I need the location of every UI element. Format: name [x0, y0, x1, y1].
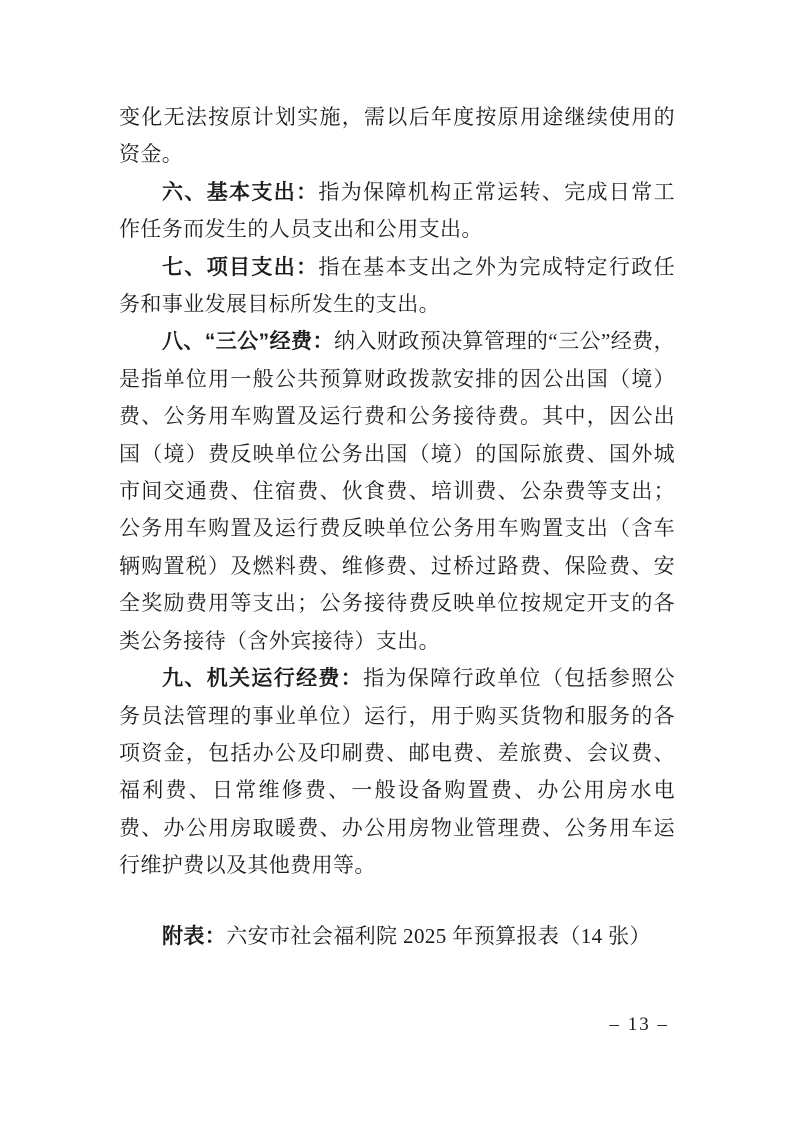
appendix-text: 六安市社会福利院 2025 年预算报表（14 张）: [226, 924, 651, 948]
page-number: – 13 –: [610, 1013, 670, 1037]
document-page: 变化无法按原计划实施，需以后年度按原用途继续使用的资金。六、基本支出：指为保障机…: [0, 0, 793, 1122]
document-body: 变化无法按原计划实施，需以后年度按原用途继续使用的资金。六、基本支出：指为保障机…: [119, 99, 675, 885]
paragraph: 八、“三公”经费：纳入财政预决算管理的“三公”经费，是指单位用一般公共预算财政拨…: [119, 323, 675, 660]
appendix-lead: 附表：: [162, 925, 226, 948]
paragraph-lead: 八、“三公”经费：: [162, 330, 334, 353]
paragraph-lead: 六、基本支出：: [162, 181, 318, 204]
document-content: 变化无法按原计划实施，需以后年度按原用途继续使用的资金。六、基本支出：指为保障机…: [119, 99, 675, 955]
appendix-line: 附表：六安市社会福利院 2025 年预算报表（14 张）: [119, 918, 675, 955]
paragraph-lead: 七、项目支出：: [162, 256, 318, 279]
paragraph: 九、机关运行经费：指为保障行政单位（包括参照公务员法管理的事业单位）运行，用于购…: [119, 660, 675, 884]
paragraph: 七、项目支出：指在基本支出之外为完成特定行政任务和事业发展目标所发生的支出。: [119, 249, 675, 324]
paragraph: 六、基本支出：指为保障机构正常运转、完成日常工作任务而发生的人员支出和公用支出。: [119, 174, 675, 249]
paragraph-lead: 九、机关运行经费：: [162, 667, 363, 690]
paragraph: 变化无法按原计划实施，需以后年度按原用途继续使用的资金。: [119, 99, 675, 174]
